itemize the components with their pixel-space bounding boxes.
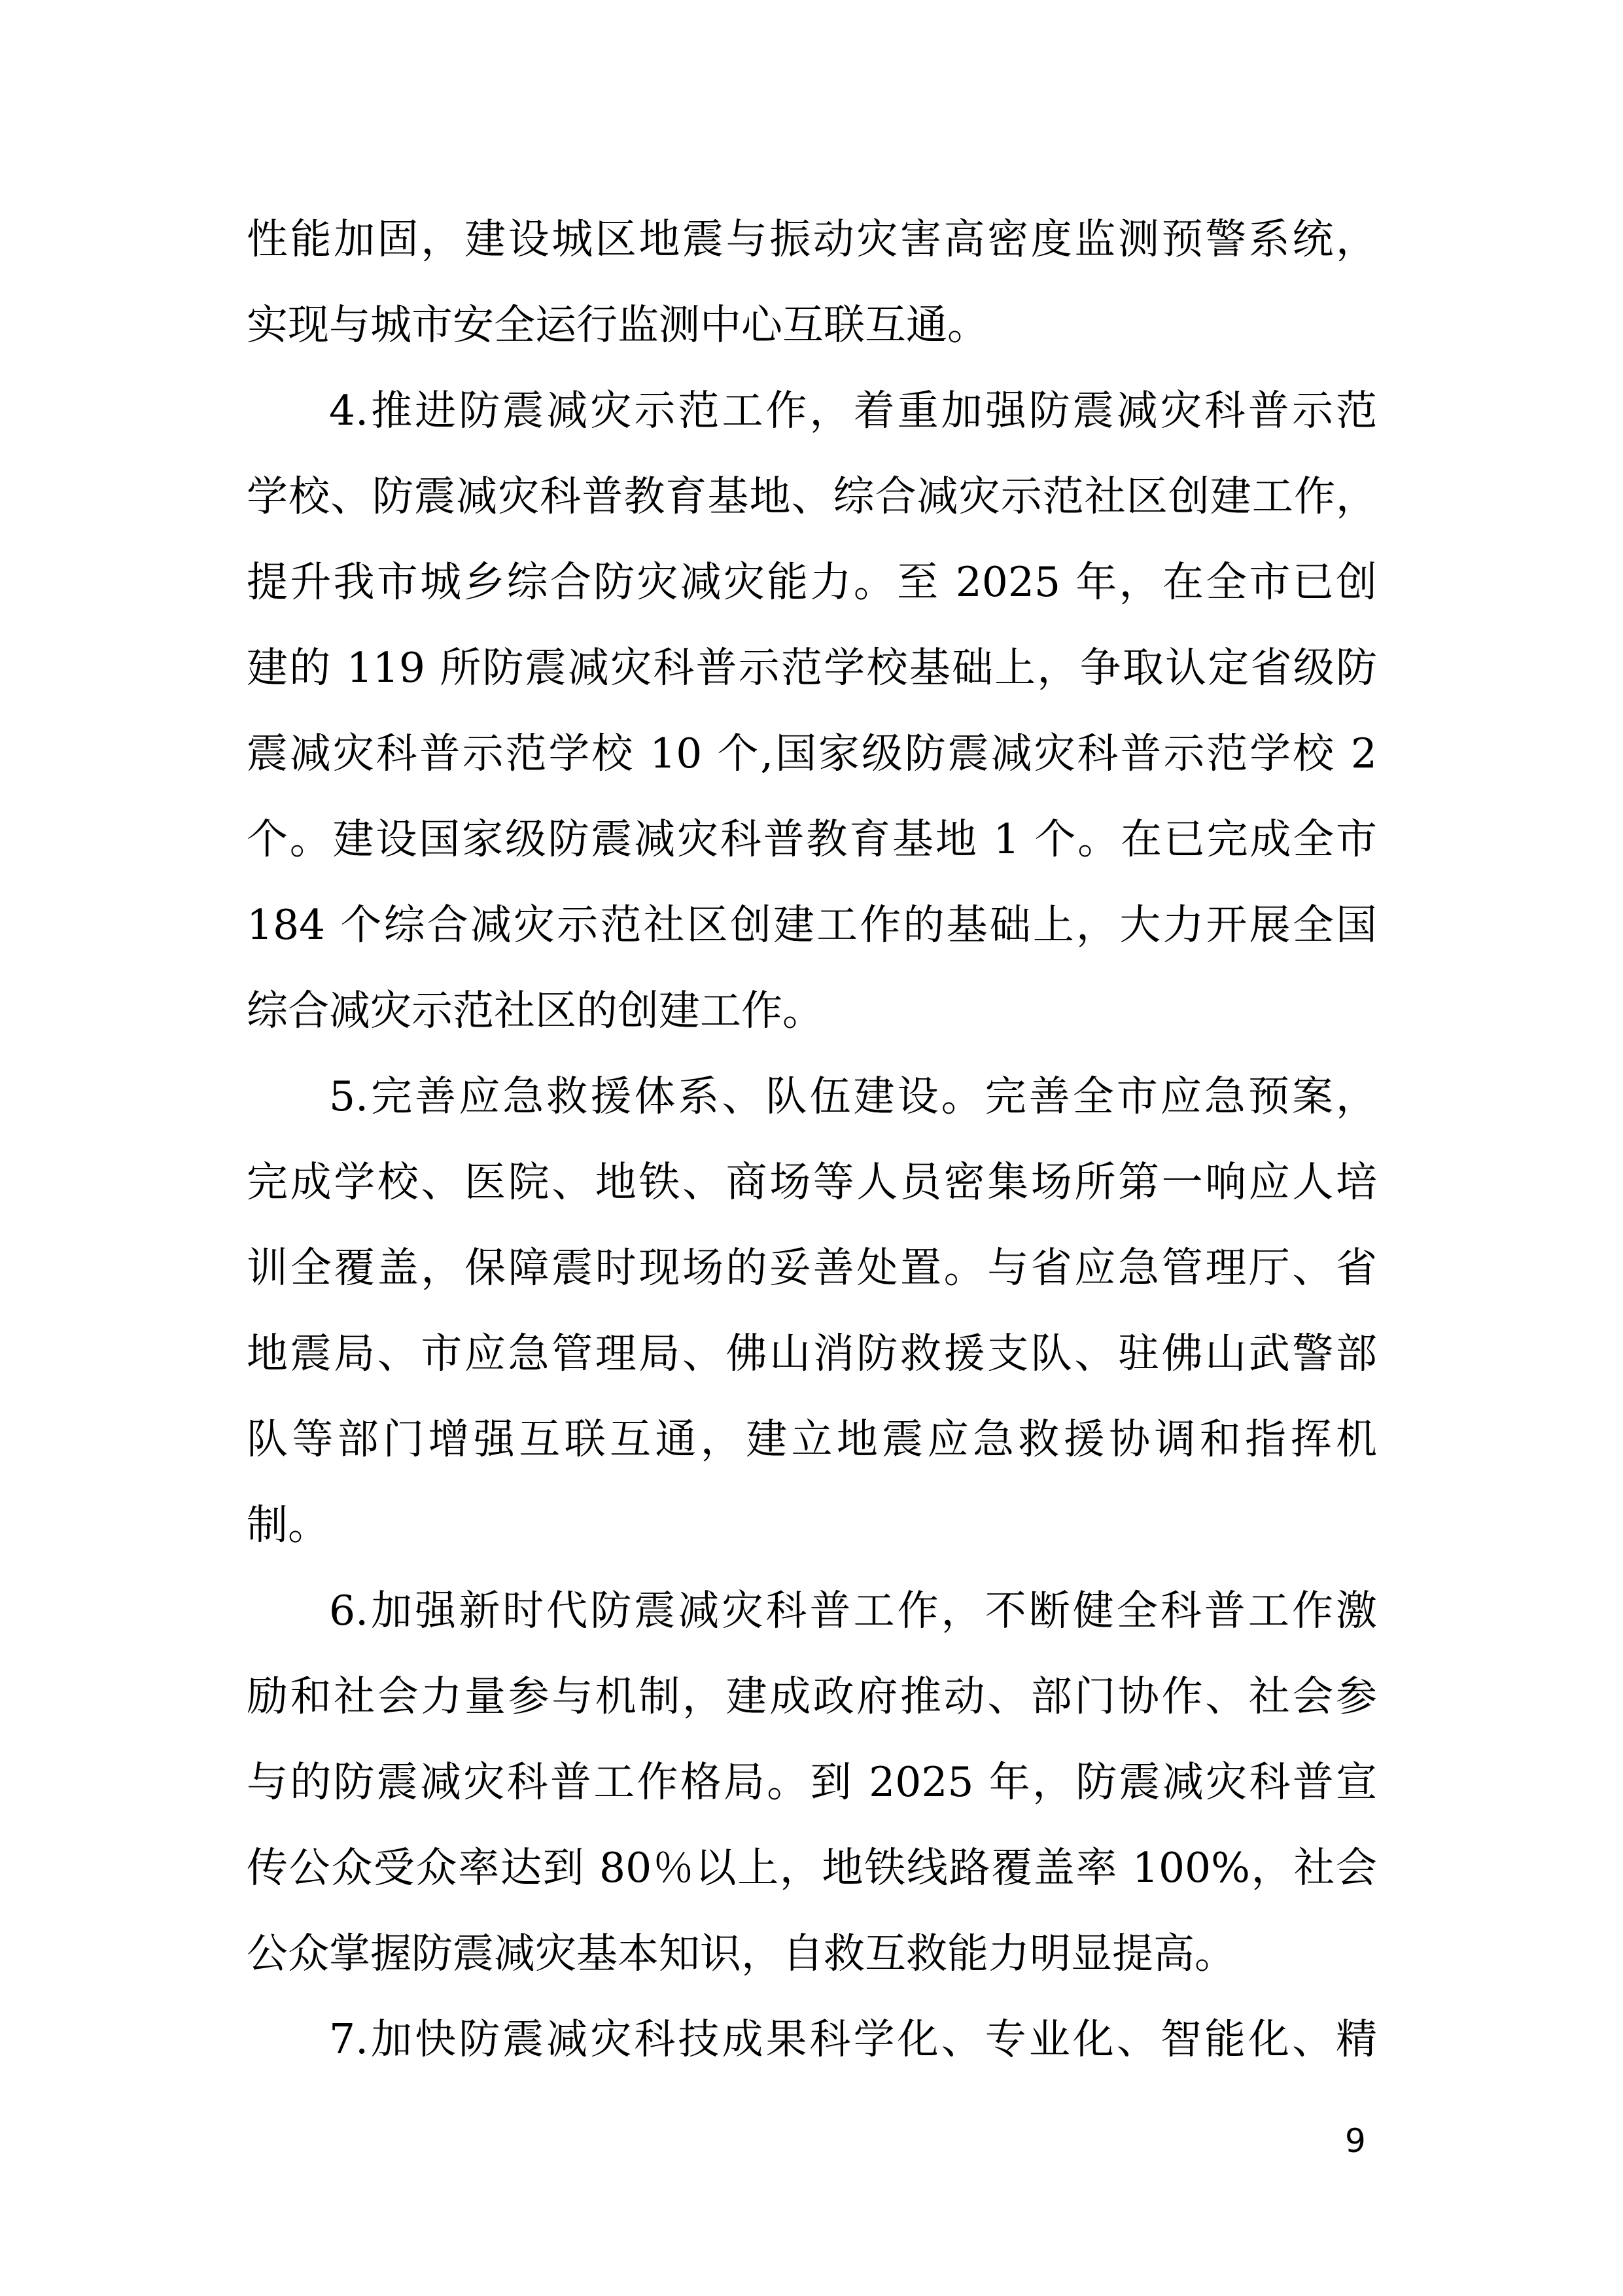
- text-line: 综合减灾示范社区的创建工作。: [247, 968, 1377, 1053]
- text-line: 震减灾科普示范学校 10 个,国家级防震减灾科普示范学校 2: [247, 711, 1377, 796]
- text-line: 性能加固，建设城区地震与振动灾害高密度监测预警系统，: [247, 196, 1377, 282]
- text-line: 7.加快防震减灾科技成果科学化、专业化、智能化、精: [247, 1996, 1377, 2082]
- text-line: 提升我市城乡综合防灾减灾能力。至 2025 年，在全市已创: [247, 539, 1377, 625]
- text-line: 实现与城市安全运行监测中心互联互通。: [247, 282, 1377, 368]
- text-line: 学校、防震减灾科普教育基地、综合减灾示范社区创建工作，: [247, 453, 1377, 539]
- text-line: 训全覆盖，保障震时现场的妥善处置。与省应急管理厅、省: [247, 1225, 1377, 1311]
- text-line: 完成学校、医院、地铁、商场等人员密集场所第一响应人培: [247, 1139, 1377, 1225]
- text-line: 建的 119 所防震减灾科普示范学校基础上，争取认定省级防: [247, 625, 1377, 711]
- text-line: 队等部门增强互联互通，建立地震应急救援协调和指挥机: [247, 1396, 1377, 1482]
- body-text: 性能加固，建设城区地震与振动灾害高密度监测预警系统，实现与城市安全运行监测中心互…: [247, 196, 1377, 2082]
- text-line: 公众掌握防震减灾基本知识，自救互救能力明显提高。: [247, 1911, 1377, 1996]
- text-line: 4.推进防震减灾示范工作，着重加强防震减灾科普示范: [247, 368, 1377, 453]
- page-number: 9: [1345, 2121, 1384, 2161]
- text-line: 传公众受众率达到 80％以上，地铁线路覆盖率 100%，社会: [247, 1825, 1377, 1911]
- text-line: 5.完善应急救援体系、队伍建设。完善全市应急预案，: [247, 1053, 1377, 1139]
- document-page: 性能加固，建设城区地震与振动灾害高密度监测预警系统，实现与城市安全运行监测中心互…: [0, 0, 1623, 2296]
- text-line: 与的防震减灾科普工作格局。到 2025 年，防震减灾科普宣: [247, 1739, 1377, 1825]
- text-line: 184 个综合减灾示范社区创建工作的基础上，大力开展全国: [247, 882, 1377, 968]
- text-line: 个。建设国家级防震减灾科普教育基地 1 个。在已完成全市: [247, 796, 1377, 882]
- text-line: 6.加强新时代防震减灾科普工作，不断健全科普工作激: [247, 1568, 1377, 1653]
- text-line: 地震局、市应急管理局、佛山消防救援支队、驻佛山武警部: [247, 1311, 1377, 1396]
- text-line: 制。: [247, 1482, 1377, 1568]
- text-line: 励和社会力量参与机制，建成政府推动、部门协作、社会参: [247, 1653, 1377, 1739]
